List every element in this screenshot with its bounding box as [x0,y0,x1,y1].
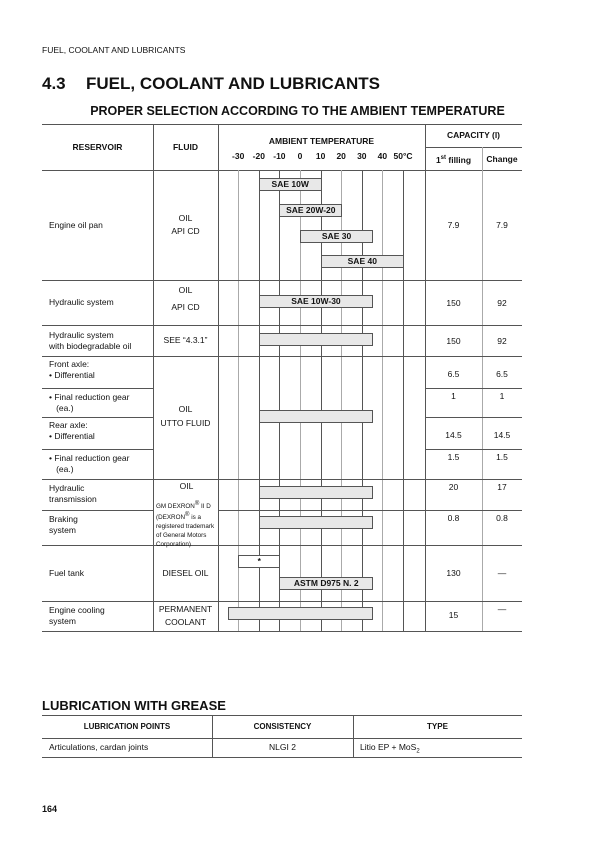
rule [42,510,153,511]
reservoir-label: • Final reduction gear (ea.) [49,392,129,414]
grease-consistency: NLGI 2 [212,742,353,753]
capacity-change: 14.5 [482,430,522,441]
rule [218,510,522,511]
temperature-range-bar: ASTM D975 N. 2 [279,577,373,590]
temperature-range-bar: SAE 30 [300,230,373,243]
reservoir-label: Fuel tank [49,568,84,579]
capacity-first-filling: 1 [425,391,482,402]
capacity-first-filling: 15 [425,610,482,621]
running-head: FUEL, COOLANT AND LUBRICANTS [42,45,185,55]
reservoir-label: Brakingsystem [49,514,78,536]
header-reservoir: RESERVOIR [42,142,153,153]
rule [382,170,383,631]
rule [425,417,522,418]
temperature-range-bar: SAE 10W-30 [259,295,373,308]
header-capacity: CAPACITY (l) [425,130,522,141]
grease-header-consistency: CONSISTENCY [212,721,353,732]
capacity-first-filling: 1.5 [425,452,482,463]
fluid-label-dexron: OILGM DEXRON® II D(DEXRON® is aregistere… [156,482,217,549]
capacity-change: — [482,604,522,615]
capacity-change: 92 [482,298,522,309]
fluid-label: DIESEL OIL [153,567,218,580]
capacity-change: 6.5 [482,369,522,380]
reservoir-label: Rear axle:• Differential [49,420,95,442]
rule [42,715,522,716]
temperature-range-bar: SAE 20W-20 [279,204,342,217]
capacity-change: — [482,568,522,579]
fluid-label: SEE “4.3.1” [153,334,218,347]
capacity-change: 1.5 [482,452,522,463]
temperature-range-bar: SAE 10W [259,178,322,191]
capacity-first-filling: 0.8 [425,513,482,524]
capacity-first-filling: 130 [425,568,482,579]
rule [42,479,522,480]
reservoir-label: Hydraulic systemwith biodegradable oil [49,330,131,352]
fluid-label: PERMANENTCOOLANT [153,603,218,629]
fluid-label: OILAPI CD [153,212,218,238]
reservoir-label: Engine oil pan [49,220,103,231]
rule [42,545,522,546]
grease-section-title: LUBRICATION WITH GREASE [42,698,226,713]
temperature-range-bar [259,516,373,529]
header-fluid: FLUID [153,142,218,153]
grease-points: Articulations, cardan joints [49,742,148,753]
rule [153,124,154,631]
grease-header-type: TYPE [353,721,522,732]
reservoir-label: • Final reduction gear (ea.) [49,453,129,475]
grease-type: Litio EP + MoS2 [360,742,420,758]
rule [403,170,404,631]
temperature-range-bar [259,333,373,346]
section-number: 4.3 [42,74,86,94]
capacity-first-filling: 6.5 [425,369,482,380]
page-number: 164 [42,804,57,814]
capacity-change: 17 [482,482,522,493]
reservoir-label: Hydraulic system [49,297,114,308]
temperature-range-bar: SAE 40 [321,255,404,268]
section-title-text: FUEL, COOLANT AND LUBRICANTS [86,74,380,93]
rule [42,757,522,758]
temperature-range-bar [259,486,373,499]
capacity-first-filling: 150 [425,298,482,309]
fluid-label-utto: OILUTTO FLUID [153,402,218,430]
rule [425,147,522,148]
rule [218,124,219,631]
rule [42,417,153,418]
temperature-range-bar: * [238,555,280,568]
capacity-change: 92 [482,336,522,347]
rule [42,356,522,357]
capacity-first-filling: 20 [425,482,482,493]
rule [42,601,522,602]
rule [42,170,522,171]
temperature-tick: 50°C [388,151,418,162]
temperature-range-bar [259,410,373,423]
header-ambient-temperature: AMBIENT TEMPERATURE [218,136,425,147]
rule [42,325,522,326]
rule [42,631,522,632]
reservoir-label: Hydraulictransmission [49,483,97,505]
capacity-first-filling: 150 [425,336,482,347]
rule [42,738,522,739]
header-change: Change [482,154,522,165]
grease-header-points: LUBRICATION POINTS [42,721,212,732]
reservoir-label: Engine coolingsystem [49,605,105,627]
capacity-change: 7.9 [482,220,522,231]
header-first-filling: 1st filling [425,153,482,166]
temperature-range-bar [228,607,373,620]
capacity-change: 0.8 [482,513,522,524]
capacity-first-filling: 7.9 [425,220,482,231]
fluid-label: OILAPI CD [153,282,218,316]
table-subtitle: PROPER SELECTION ACCORDING TO THE AMBIEN… [0,104,595,118]
rule [42,124,522,125]
rule [42,388,153,389]
rule [42,449,153,450]
capacity-change: 1 [482,391,522,402]
reservoir-label: Front axle:• Differential [49,359,95,381]
section-title: 4.3FUEL, COOLANT AND LUBRICANTS [42,74,380,94]
rule [425,449,522,450]
capacity-first-filling: 14.5 [425,430,482,441]
rule [42,280,522,281]
rule [425,388,522,389]
